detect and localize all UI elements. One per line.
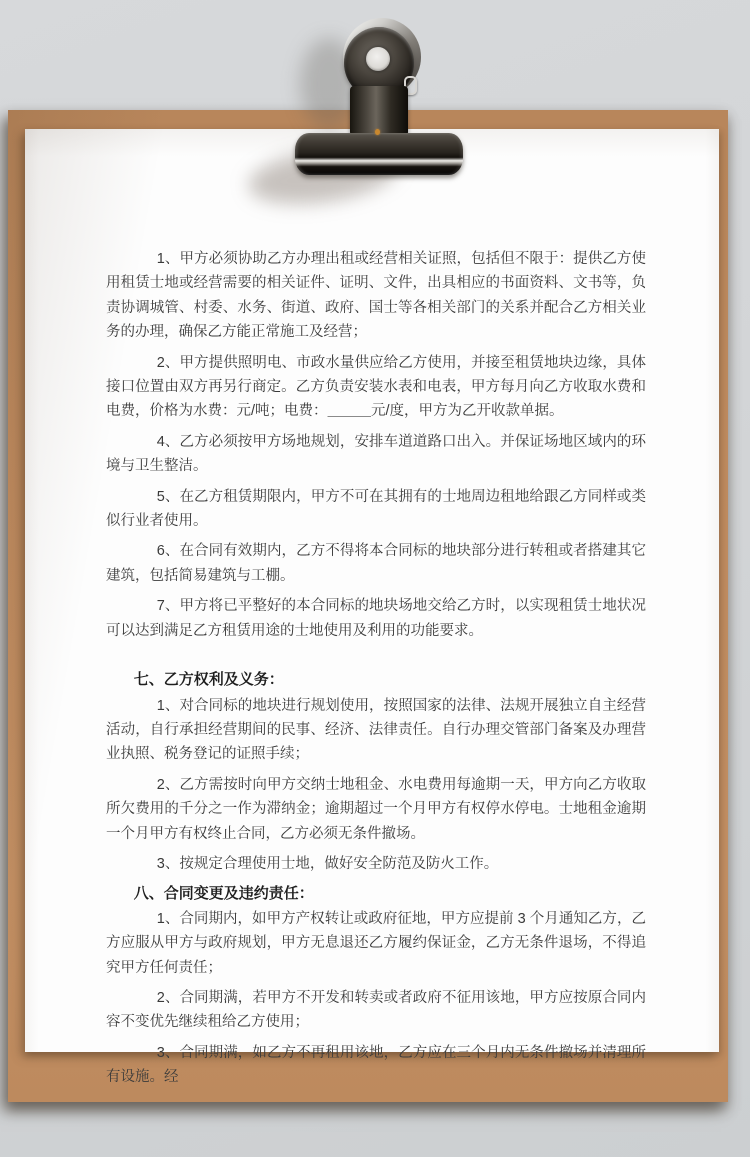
contract-document: 1、甲方必须协助乙方办理出租或经营相关证照，包括但不限于：提供乙方使用租赁士地或… xyxy=(106,247,646,1096)
contract-paragraph: 2、合同期满，若甲方不开发和转卖或者政府不征用该地，甲方应按原合同内容不变优先继… xyxy=(106,986,646,1035)
contract-paragraph: 1、甲方必须协助乙方办理出租或经营相关证照，包括但不限于：提供乙方使用租赁士地或… xyxy=(106,247,646,345)
contract-paragraph: 4、乙方必须按甲方场地规划，安排车道道路口出入。并保证场地区域内的环境与卫生整洁… xyxy=(106,430,646,479)
clip-loop-ring-icon xyxy=(343,18,421,96)
clip-spring-drum-icon xyxy=(344,27,414,99)
contract-paragraph: 3、合同期满，如乙方不再租用该地，乙方应在三个月内无条件撤场并清理所有设施。经 xyxy=(106,1041,646,1090)
contract-paragraph: 7、甲方将已平整好的本合同标的地块场地交给乙方时，以实现租赁士地状况可以达到满足… xyxy=(106,594,646,643)
contract-paragraph: 2、甲方提供照明电、市政水量供应给乙方使用，并接至租赁地块边缘，具体接口位置由双… xyxy=(106,351,646,424)
clip-center-hole-icon xyxy=(366,47,390,71)
section-heading-7: 七、乙方权利及义务： xyxy=(106,668,646,692)
clipboard-board: 1、甲方必须协助乙方办理出租或经营相关证照，包括但不限于：提供乙方使用租赁士地或… xyxy=(8,110,728,1102)
contract-paragraph: 1、合同期内，如甲方产权转让或政府征地，甲方应提前 3 个月通知乙方，乙方应服从… xyxy=(106,907,646,980)
contract-paragraph: 2、乙方需按时向甲方交纳士地租金、水电费用每逾期一天，甲方向乙方收取所欠费用的千… xyxy=(106,773,646,846)
contract-paragraph: 1、对合同标的地块进行规划使用，按照国家的法律、法规开展独立自主经营活动，自行承… xyxy=(106,694,646,767)
contract-paragraph: 6、在合同有效期内，乙方不得将本合同标的地块部分进行转租或者搭建其它建筑，包括简… xyxy=(106,539,646,588)
contract-paragraph: 5、在乙方租赁期限内，甲方不可在其拥有的士地周边租地给跟乙方同样或类似行业者使用… xyxy=(106,485,646,534)
contract-paragraph: 3、按规定合理使用士地，做好安全防范及防火工作。 xyxy=(106,852,646,876)
section-heading-8: 八、合同变更及违约责任： xyxy=(106,882,646,906)
paper-sheet: 1、甲方必须协助乙方办理出租或经营相关证照，包括但不限于：提供乙方使用租赁士地或… xyxy=(25,129,719,1052)
clip-side-hook-icon xyxy=(404,76,417,95)
